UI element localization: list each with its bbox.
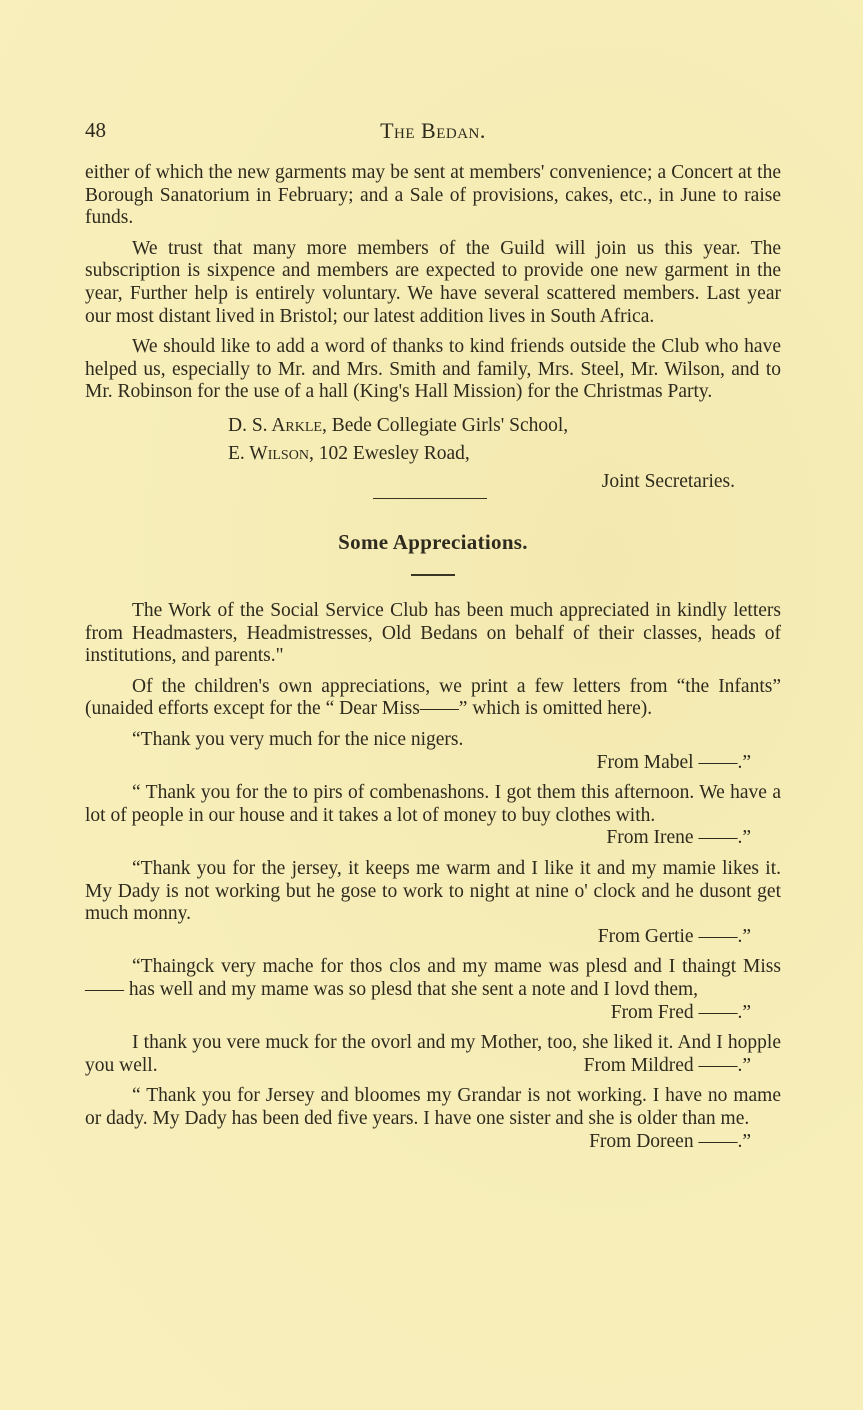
letter-text: “ Thank you for Jersey and bloomes my Gr…	[85, 1085, 781, 1130]
signature-block: D. S. Arkle, Bede Collegiate Girls' Scho…	[85, 412, 781, 496]
signatory-address: , 102 Ewesley Road,	[309, 443, 470, 464]
intro-paragraph-3: We should like to add a word of thanks t…	[85, 336, 781, 404]
letter-text: “Thaingck very mache for thos clos and m…	[85, 956, 781, 1024]
letter-4: “Thaingck very mache for thos clos and m…	[85, 956, 781, 1024]
page-body: either of which the new garments may be …	[85, 162, 781, 1161]
letter-text: “Thank you for the jersey, it keeps me w…	[85, 858, 781, 926]
signatory-name: D. S. Arkle	[228, 415, 322, 436]
letter-text: “Thank you very much for the nice nigers…	[85, 729, 781, 752]
letter-2: “ Thank you for the to pirs of combenash…	[85, 782, 781, 850]
letter-signoff: From Doreen ——.”	[85, 1131, 781, 1154]
letter-3: “Thank you for the jersey, it keeps me w…	[85, 858, 781, 948]
title-underline-divider	[411, 574, 455, 576]
letter-text: “ Thank you for the to pirs of combenash…	[85, 782, 781, 850]
signature-line-1: D. S. Arkle, Bede Collegiate Girls' Scho…	[85, 412, 781, 440]
letter-5: I thank you vere muck for the ovorl and …	[85, 1032, 781, 1077]
letter-signoff: From Fred ——.”	[564, 1002, 781, 1025]
signatory-affiliation: , Bede Collegiate Girls' School,	[322, 415, 568, 436]
page-header: 48 The Bedan.	[85, 118, 781, 148]
signature-line-2: E. Wilson, 102 Ewesley Road,	[85, 440, 781, 468]
letter-signoff: From Gertie ——.”	[85, 926, 781, 949]
letter-6: “ Thank you for Jersey and bloomes my Gr…	[85, 1085, 781, 1153]
signatory-name: E. Wilson	[228, 443, 309, 464]
letter-signoff: From Mabel ——.”	[85, 752, 781, 775]
letter-body: “ Thank you for the to pirs of combenash…	[85, 782, 781, 826]
document-page: 48 The Bedan. either of which the new ga…	[0, 0, 863, 1410]
section-divider	[373, 498, 487, 500]
intro-paragraph-2: We trust that many more members of the G…	[85, 238, 781, 328]
section-paragraph-2: Of the children's own appreciations, we …	[85, 676, 781, 721]
section-paragraph-1: The Work of the Social Service Club has …	[85, 600, 781, 668]
letter-signoff: From Mildred ——.”	[537, 1055, 781, 1078]
section-title: Some Appreciations.	[85, 531, 781, 554]
signatory-role: Joint Secretaries.	[85, 468, 781, 496]
letter-text: I thank you vere muck for the ovorl and …	[85, 1032, 781, 1077]
running-title: The Bedan.	[85, 118, 781, 144]
intro-paragraph-1: either of which the new garments may be …	[85, 162, 781, 230]
letter-body: “Thaingck very mache for thos clos and m…	[85, 956, 781, 1000]
letter-1: “Thank you very much for the nice nigers…	[85, 729, 781, 774]
letter-signoff: From Irene ——.”	[559, 827, 781, 850]
